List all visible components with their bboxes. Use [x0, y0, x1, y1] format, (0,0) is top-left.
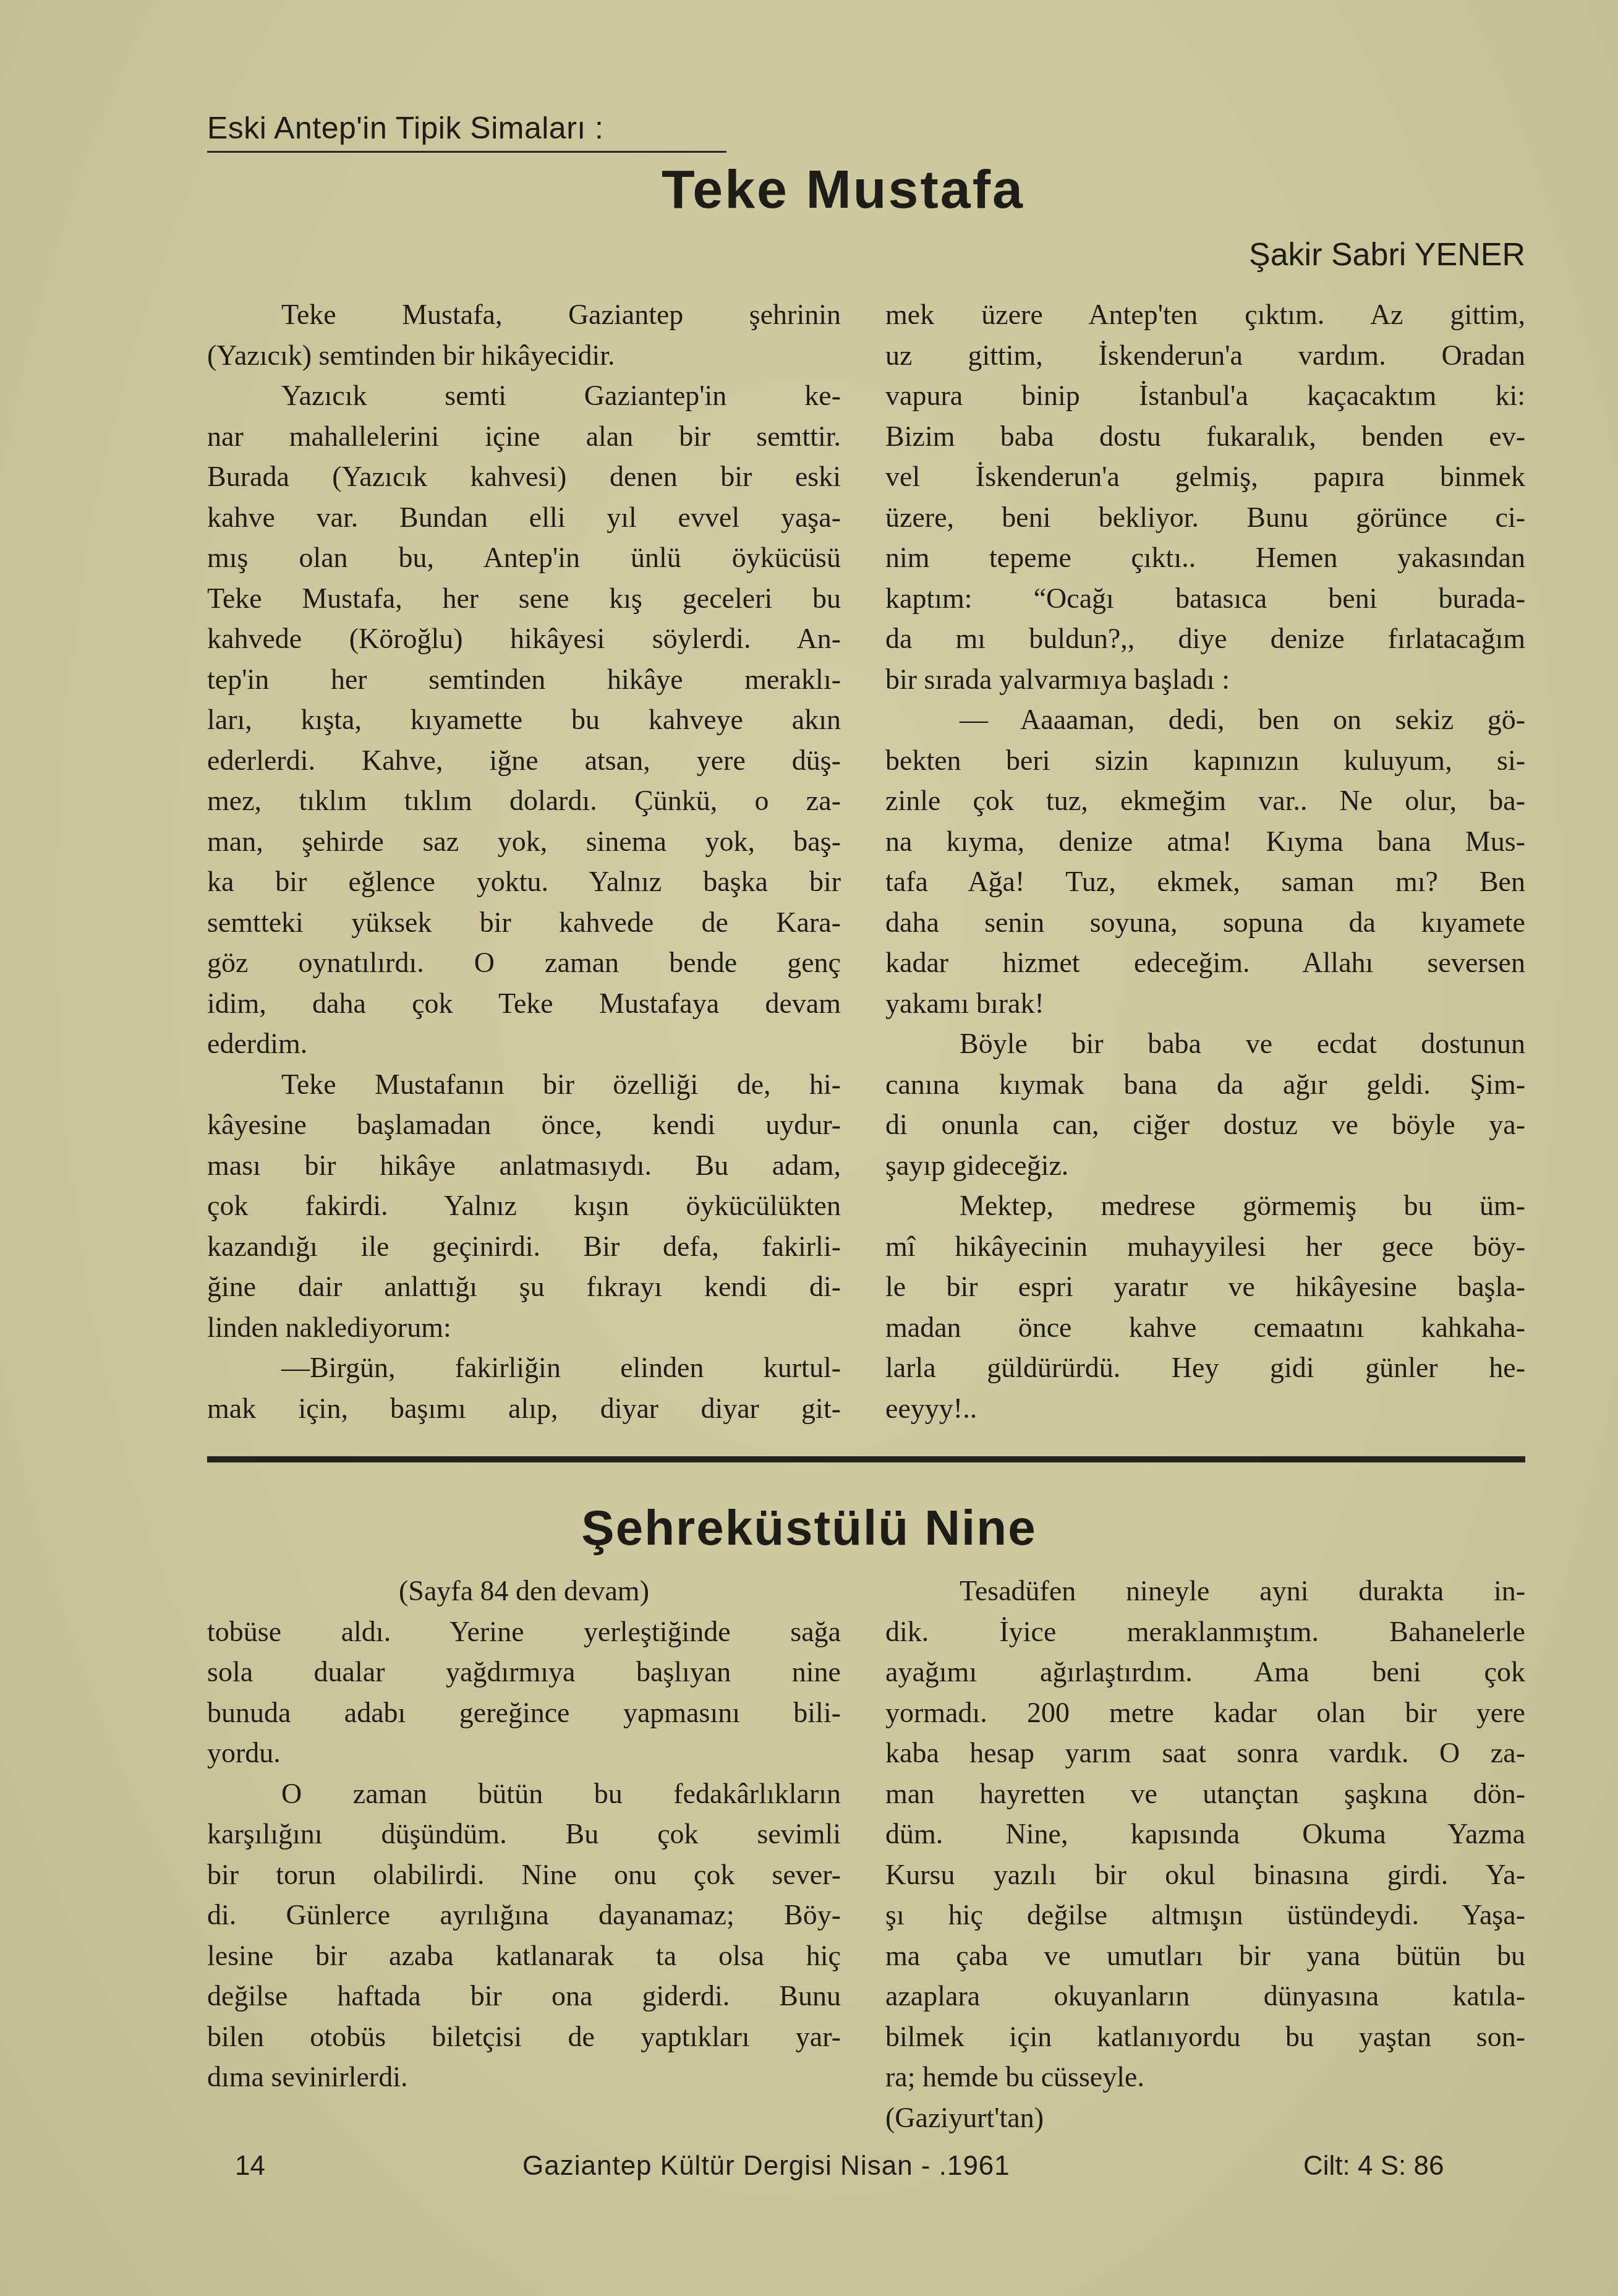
text-line: ması bir hikâye anlatmasıydı. Bu adam, [207, 1145, 841, 1186]
text-line: kâyesine başlamadan önce, kendi uydur- [207, 1104, 841, 1145]
text-line: yakamı bırak! [885, 983, 1525, 1024]
section-kicker: Eski Antep'in Tipik Simaları : [207, 110, 726, 153]
text-line: vapura binip İstanbul'a kaçacaktım ki: [885, 375, 1525, 416]
text-line: lesine bir azaba katlanarak ta olsa hiç [207, 1935, 841, 1976]
text-line: madan önce kahve cemaatını kahkaha- [885, 1307, 1525, 1348]
text-line: uz gittim, İskenderun'a vardım. Oradan [885, 335, 1525, 376]
text-line: mek üzere Antep'ten çıktım. Az gittim, [885, 294, 1525, 335]
article1-column-right: mek üzere Antep'ten çıktım. Az gittim,uz… [885, 294, 1525, 1428]
article2-column-right: Tesadüfen nineyle ayni durakta in-dik. İ… [885, 1571, 1525, 2138]
text-line: Teke Mustafanın bir özelliği de, hi- [207, 1064, 841, 1105]
text-line: dik. İyice meraklanmıştım. Bahanelerle [885, 1611, 1525, 1652]
magazine-page: Eski Antep'in Tipik Simaları : Teke Must… [0, 0, 1618, 2296]
text-line: değilse haftada bir ona giderdi. Bunu [207, 1976, 841, 2016]
text-line: — Aaaaman, dedi, ben on sekiz gö- [885, 699, 1525, 740]
text-line: yordu. [207, 1733, 841, 1773]
text-line: bilen otobüs biletçisi de yaptıkları yar… [207, 2016, 841, 2057]
text-line: canına kıymak bana da ağır geldi. Şim- [885, 1064, 1525, 1105]
text-line: ka bir eğlence yoktu. Yalnız başka bir [207, 861, 841, 902]
text-line: nar mahallelerini içine alan bir semttir… [207, 416, 841, 457]
text-line: düm. Nine, kapısında Okuma Yazma [885, 1814, 1525, 1854]
text-line: bilmek için katlanıyordu bu yaştan son- [885, 2016, 1525, 2057]
article2-column-right-body: Tesadüfen nineyle ayni durakta in-dik. İ… [885, 1571, 1525, 2098]
text-line: mî hikâyecinin muhayyilesi her gece böy- [885, 1226, 1525, 1267]
text-line: da mı buldun?,, diye denize fırlatacağım [885, 618, 1525, 659]
text-line: mak için, başımı alıp, diyar diyar git- [207, 1388, 841, 1429]
text-line: bekten beri sizin kapınızın kuluyum, si- [885, 740, 1525, 781]
text-line: (Yazıcık) semtinden bir hikâyecidir. [207, 335, 841, 376]
text-line: Teke Mustafa, Gaziantep şehrinin [207, 294, 841, 335]
text-line: kadar hizmet edeceğim. Allahı seversen [885, 942, 1525, 983]
text-line: ayağımı ağırlaştırdım. Ama beni çok [885, 1652, 1525, 1692]
article2-title: Şehreküstülü Nine [0, 1500, 1618, 1556]
text-line: larla güldürürdü. Hey gidi günler he- [885, 1347, 1525, 1388]
text-line: karşılığını düşündüm. Bu çok sevimli [207, 1814, 841, 1854]
text-line: yormadı. 200 metre kadar olan bir yere [885, 1692, 1525, 1733]
text-line: Yazıcık semti Gaziantep'in ke- [207, 375, 841, 416]
text-line: ma çaba ve umutları bir yana bütün bu [885, 1935, 1525, 1976]
text-line: kaptım: “Ocağı batasıca beni burada- [885, 578, 1525, 619]
text-line: ederdim. [207, 1023, 841, 1064]
text-line: ederlerdi. Kahve, iğne atsan, yere düş- [207, 740, 841, 781]
magazine-issue: Gaziantep Kültür Dergisi Nisan - .1961 [522, 2151, 1010, 2182]
text-line: man hayretten ve utançtan şaşkına dön- [885, 1773, 1525, 1814]
text-line: tep'in her semtinden hikâye meraklı- [207, 659, 841, 700]
text-line: man, şehirde saz yok, sinema yok, baş- [207, 821, 841, 862]
text-line: daha senin soyuna, sopuna da kıyamete [885, 902, 1525, 943]
text-line: bunuda adabı gereğince yapmasını bili- [207, 1692, 841, 1733]
text-line: semtteki yüksek bir kahvede de Kara- [207, 902, 841, 943]
text-line: dıma sevinirlerdi. [207, 2057, 841, 2098]
text-line: linden naklediyorum: [207, 1307, 841, 1348]
text-line: bir sırada yalvarmıya başladı : [885, 659, 1525, 700]
text-line: Tesadüfen nineyle ayni durakta in- [885, 1571, 1525, 1611]
text-line: şı hiç değilse altmışın üstündeydi. Yaşa… [885, 1895, 1525, 1935]
section-divider [207, 1456, 1525, 1462]
article1-column-left: Teke Mustafa, Gaziantep şehrinin(Yazıcık… [207, 294, 841, 1428]
text-line: bir torun olabilirdi. Nine onu çok sever… [207, 1854, 841, 1895]
text-line: di onunla can, ciğer dostuz ve böyle ya- [885, 1104, 1525, 1145]
text-line: di. Günlerce ayrılığına dayanamaz; Böy- [207, 1895, 841, 1935]
text-line: zinle çok tuz, ekmeğim var.. Ne olur, ba… [885, 780, 1525, 821]
text-line: tafa Ağa! Tuz, ekmek, saman mı? Ben [885, 861, 1525, 902]
text-line: kahve var. Bundan elli yıl evvel yaşa- [207, 497, 841, 538]
text-line: O zaman bütün bu fedakârlıkların [207, 1773, 841, 1814]
text-line: Teke Mustafa, her sene kış geceleri bu [207, 578, 841, 619]
article-title: Teke Mustafa [662, 158, 1024, 221]
text-line: Kursu yazılı bir okul binasına girdi. Ya… [885, 1854, 1525, 1895]
text-line: kazandığı ile geçinirdi. Bir defa, fakir… [207, 1226, 841, 1267]
page-number: 14 [235, 2151, 265, 2182]
volume-number: Cilt: 4 S: 86 [1303, 2151, 1444, 2182]
text-line: Burada (Yazıcık kahvesi) denen bir eski [207, 456, 841, 497]
source-credit: (Gaziyurt'tan) [885, 2098, 1525, 2138]
text-line: azaplara okuyanların dünyasına katıla- [885, 1976, 1525, 2016]
text-line: mış olan bu, Antep'in ünlü öykücüsü [207, 537, 841, 578]
text-line: Mektep, medrese görmemiş bu üm- [885, 1185, 1525, 1226]
text-line: idim, daha çok Teke Mustafaya devam [207, 983, 841, 1024]
text-line: kaba hesap yarım saat sonra vardık. O za… [885, 1733, 1525, 1773]
text-line: sola dualar yağdırmıya başlıyan nine [207, 1652, 841, 1692]
text-line: Bizim baba dostu fukaralık, benden ev- [885, 416, 1525, 457]
text-line: kahvede (Köroğlu) hikâyesi söylerdi. An- [207, 618, 841, 659]
text-line: —Birgün, fakirliğin elinden kurtul- [207, 1347, 841, 1388]
text-line: çok fakirdi. Yalnız kışın öykücülükten [207, 1185, 841, 1226]
text-line: na kıyma, denize atma! Kıyma bana Mus- [885, 821, 1525, 862]
text-line: nim tepeme çıktı.. Hemen yakasından [885, 537, 1525, 578]
text-line: eeyyy!.. [885, 1388, 1525, 1429]
text-line: şayıp gideceğiz. [885, 1145, 1525, 1186]
text-line: le bir espri yaratır ve hikâyesine başla… [885, 1266, 1525, 1307]
text-line: göz oynatılırdı. O zaman bende genç [207, 942, 841, 983]
author-byline: Şakir Sabri YENER [1249, 236, 1525, 273]
text-line: ğine dair anlattığı şu fıkrayı kendi di- [207, 1266, 841, 1307]
text-line: ra; hemde bu cüsseyle. [885, 2057, 1525, 2098]
article2-column-left-body: tobüse aldı. Yerine yerleştiğinde sağaso… [207, 1611, 841, 2098]
text-line: mez, tıklım tıklım dolardı. Çünkü, o za- [207, 780, 841, 821]
text-line: tobüse aldı. Yerine yerleştiğinde sağa [207, 1611, 841, 1652]
text-line: Böyle bir baba ve ecdat dostunun [885, 1023, 1525, 1064]
text-line: üzere, beni bekliyor. Bunu görünce ci- [885, 497, 1525, 538]
text-line: ları, kışta, kıyamette bu kahveye akın [207, 699, 841, 740]
text-line: vel İskenderun'a gelmiş, papıra binmek [885, 456, 1525, 497]
continued-note: (Sayfa 84 den devam) [207, 1571, 841, 1611]
article2-column-left: (Sayfa 84 den devam) tobüse aldı. Yerine… [207, 1571, 841, 2098]
